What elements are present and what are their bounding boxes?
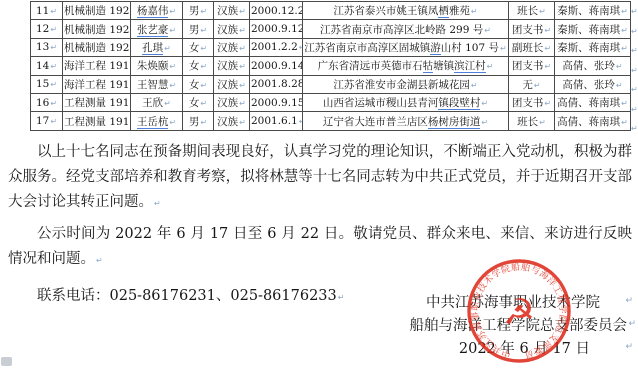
cell-class: 机械制造 192303↵	[63, 38, 131, 56]
row-end-marks: ↵↵↵↵↵↵↵	[631, 2, 638, 139]
cell-end-mark: ↵	[200, 26, 207, 35]
cell-end-mark: ↵	[200, 62, 207, 71]
paragraph-mark: ↵	[96, 256, 103, 265]
signature-org-line1: 中共江苏海事职业技术学院	[426, 291, 600, 312]
announcement-body: 以上十七名同志在预备期间表现良好，认真学习党的理论知识，不断端正入党动机，积极为…	[8, 140, 632, 310]
cell-end-mark: ↵	[200, 44, 207, 53]
cell-class: 工程测量 191301↵	[63, 112, 131, 130]
cell-end-mark: ↵	[200, 118, 207, 127]
row-end-mark: ↵	[631, 100, 638, 120]
cell-row-number: 11↵	[31, 2, 63, 20]
cell-end-mark: ↵	[50, 62, 57, 71]
paragraph-mark: ↵	[338, 293, 345, 302]
cell-birthdate: 2001.2.2↵	[250, 38, 303, 56]
cell-name: 王欣↵	[131, 93, 183, 111]
cell-introducers: 高倩、蒋南琪↵	[555, 93, 631, 111]
paragraph-evaluation-text: 以上十七名同志在预备期间表现良好，认真学习党的理论知识，不断端正入党动机，积极为…	[8, 144, 632, 210]
cell-class: 工程测量 191301↵	[63, 93, 131, 111]
cell-birthdate: 2001.6.1↵	[250, 112, 303, 130]
cell-row-number: 12↵	[31, 20, 63, 38]
proofing-underline: 张艺豪	[137, 24, 169, 37]
cell-end-mark: ↵	[544, 62, 551, 71]
cell-ethnicity: 汉族↵	[214, 20, 250, 38]
cell-end-mark: ↵	[534, 81, 541, 90]
cell-address: 江苏省南京市高淳区北岭路 299 号↵	[303, 20, 509, 38]
cell-name: 孔琪↵	[131, 38, 183, 56]
cell-birthdate: 2000.9.15↵	[250, 93, 303, 111]
cell-end-mark: ↵	[621, 118, 628, 127]
table-row: 17↵工程测量 191301↵王岳杭↵男↵汉族↵2001.6.1↵辽宁省大连市普…	[31, 112, 631, 130]
cell-ethnicity: 汉族↵	[214, 38, 250, 56]
table-row: 15↵海洋工程 191301↵王智慧↵女↵汉族↵2001.8.28↵江苏省淮安市…	[31, 75, 631, 93]
row-end-mark: ↵	[631, 61, 638, 81]
cell-end-mark: ↵	[169, 26, 176, 35]
cell-end-mark: ↵	[169, 81, 176, 90]
cell-birthdate: 2001.8.28↵	[250, 75, 303, 93]
cell-end-mark: ↵	[239, 99, 246, 108]
cell-class: 机械制造 192303↵	[63, 2, 131, 20]
table-row: 11↵机械制造 192303↵杨嘉伟↵男↵汉族↵2000.12.25↵江苏省泰兴…	[31, 2, 631, 20]
table-row: 12↵机械制造 192303↵张艺豪↵男↵汉族↵2000.9.12↵江苏省南京市…	[31, 20, 631, 38]
cell-row-number: 13↵	[31, 38, 63, 56]
paragraph-evaluation: 以上十七名同志在预备期间表现良好，认真学习党的理论知识，不断端正入党动机，积极为…	[8, 140, 632, 217]
proofing-underline: 游	[430, 42, 441, 55]
row-end-mark: ↵	[631, 119, 638, 139]
table-row: 14↵海洋工程 191301↵朱焕颐↵女↵汉族↵2000.9.14↵广东省清远市…	[31, 57, 631, 75]
cell-end-mark: ↵	[299, 117, 303, 126]
paragraph-publicity-period: 公示时间为 2022 年 6 月 17 日至 6 月 22 日。敬请党员、群众来…	[8, 222, 632, 273]
cell-duty: 班长↵	[509, 112, 555, 130]
cell-gender: 男↵	[183, 2, 214, 20]
cell-end-mark: ↵	[50, 99, 57, 108]
cell-duty: 无↵	[509, 75, 555, 93]
cell-class: 机械制造 192303↵	[63, 20, 131, 38]
row-end-mark: ↵	[631, 2, 638, 22]
cell-class: 海洋工程 191301↵	[63, 57, 131, 75]
paragraph-mark: ↵	[628, 319, 636, 329]
cell-ethnicity: 汉族↵	[214, 112, 250, 130]
cell-name: 张艺豪↵	[131, 20, 183, 38]
cell-end-mark: ↵	[539, 118, 546, 127]
signature-date: 2022 年 6 月 17 日	[459, 337, 590, 358]
cell-end-mark: ↵	[621, 26, 628, 35]
row-end-mark: ↵	[631, 41, 638, 61]
proofing-underline: 镇段壁村	[438, 97, 480, 110]
cell-address: 山西省运城市稷山县青河镇段壁村↵	[303, 93, 509, 111]
cell-introducers: 秦斯、蒋南琪↵	[555, 2, 631, 20]
signature-org-line2: 船舶与海洋工程学院总支部委员会	[410, 314, 628, 335]
cell-end-mark: ↵	[539, 7, 546, 16]
cell-end-mark: ↵	[481, 99, 488, 108]
cell-row-number: 14↵	[31, 57, 63, 75]
cell-end-mark: ↵	[239, 26, 246, 35]
cell-ethnicity: 汉族↵	[214, 57, 250, 75]
cell-end-mark: ↵	[616, 81, 623, 90]
cell-class: 海洋工程 191301↵	[63, 75, 131, 93]
proofing-underline: 栖	[438, 5, 449, 18]
cell-address: 江苏省南京市高淳区固城镇游山村 107 号↵	[303, 38, 509, 56]
cell-end-mark: ↵	[239, 118, 246, 127]
cell-end-mark: ↵	[621, 7, 628, 16]
cell-duty: 团支书↵	[509, 20, 555, 38]
cell-row-number: 17↵	[31, 112, 63, 130]
cell-end-mark: ↵	[621, 99, 628, 108]
cell-end-mark: ↵	[50, 7, 57, 16]
cell-end-mark: ↵	[616, 62, 623, 71]
cell-introducers: 高倩、蒋南琪↵	[555, 112, 631, 130]
proofing-underline: 王岳杭	[137, 116, 169, 129]
cell-row-number: 15↵	[31, 75, 63, 93]
cell-ethnicity: 汉族↵	[214, 2, 250, 20]
cell-duty: 班长↵	[509, 2, 555, 20]
cell-address: 广东省清远市英德市石牯塘镇滨江村↵	[303, 57, 509, 75]
cell-end-mark: ↵	[471, 81, 478, 90]
cell-gender: 女↵	[183, 93, 214, 111]
cell-end-mark: ↵	[200, 7, 207, 16]
cell-end-mark: ↵	[164, 99, 171, 108]
paragraph-mark: ↵	[154, 199, 161, 208]
cell-end-mark: ↵	[50, 25, 57, 34]
contact-phone-text: 联系电话：025-86176231、025-86176233	[37, 288, 337, 304]
paragraph-mark: ↵	[625, 342, 633, 352]
cell-gender: 女↵	[183, 38, 214, 56]
row-end-mark: ↵	[631, 80, 638, 100]
cell-row-number: 16↵	[31, 93, 63, 111]
cell-end-mark: ↵	[164, 44, 171, 53]
cell-end-mark: ↵	[471, 7, 478, 16]
cell-birthdate: 2000.9.14↵	[250, 57, 303, 75]
cell-end-mark: ↵	[239, 62, 246, 71]
cell-end-mark: ↵	[50, 43, 57, 52]
proofing-underline: 牯	[423, 60, 434, 73]
cell-ethnicity: 汉族↵	[214, 93, 250, 111]
cell-end-mark: ↵	[50, 117, 57, 126]
cell-introducers: 秦斯、蒋南琪↵	[555, 38, 631, 56]
cell-end-mark: ↵	[621, 44, 628, 53]
table-row: 16↵工程测量 191301↵王欣↵女↵汉族↵2000.9.15↵山西省运城市稷…	[31, 93, 631, 111]
cell-end-mark: ↵	[239, 44, 246, 53]
member-roster-table: 11↵机械制造 192303↵杨嘉伟↵男↵汉族↵2000.12.25↵江苏省泰兴…	[30, 1, 631, 131]
cell-end-mark: ↵	[299, 43, 303, 52]
cell-end-mark: ↵	[239, 7, 246, 16]
cell-end-mark: ↵	[200, 99, 207, 108]
cell-introducers: 秦斯、蒋南琪↵	[555, 20, 631, 38]
cell-end-mark: ↵	[200, 81, 207, 90]
cell-birthdate: 2000.12.25↵	[250, 2, 303, 20]
cell-end-mark: ↵	[544, 44, 551, 53]
cell-ethnicity: 汉族↵	[214, 75, 250, 93]
row-end-mark: ↵	[631, 22, 638, 42]
cell-gender: 男↵	[183, 112, 214, 130]
cell-address: 江苏省泰兴市姚王镇凤栖雅苑↵	[303, 2, 509, 20]
cell-end-mark: ↵	[169, 62, 176, 71]
cell-address: 辽宁省大连市普兰店区杨树房街道↵	[303, 112, 509, 130]
cell-name: 杨嘉伟↵	[131, 2, 183, 20]
paragraph-mark: ↵	[625, 296, 633, 306]
proofing-underline: 孔琪	[142, 42, 163, 55]
cell-end-mark: ↵	[169, 118, 176, 127]
document-page: 11↵机械制造 192303↵杨嘉伟↵男↵汉族↵2000.12.25↵江苏省泰兴…	[0, 0, 638, 368]
cell-end-mark: ↵	[484, 26, 491, 35]
cell-address: 江苏省淮安市金湖县新城花园↵	[303, 75, 509, 93]
cell-gender: 女↵	[183, 75, 214, 93]
table-row: 13↵机械制造 192303↵孔琪↵女↵汉族↵2001.2.2↵江苏省南京市高淳…	[31, 38, 631, 56]
cell-end-mark: ↵	[500, 44, 507, 53]
cell-introducers: 高倩、张玲↵	[555, 57, 631, 75]
cell-end-mark: ↵	[544, 99, 551, 108]
cell-gender: 女↵	[183, 57, 214, 75]
cell-duty: 团支书↵	[509, 93, 555, 111]
cell-end-mark: ↵	[239, 81, 246, 90]
cell-birthdate: 2000.9.12↵	[250, 20, 303, 38]
cell-name: 王智慧↵	[131, 75, 183, 93]
cell-end-mark: ↵	[50, 80, 57, 89]
cell-duty: 团支书↵	[509, 57, 555, 75]
cell-end-mark: ↵	[481, 118, 488, 127]
cell-introducers: 高倩、张玲↵	[555, 75, 631, 93]
proofing-underline: 杨嘉伟	[137, 5, 169, 18]
proofing-underline: 杨树房街道	[428, 116, 481, 129]
cell-name: 朱焕颐↵	[131, 57, 183, 75]
page-corner-artifact	[1, 357, 12, 366]
cell-end-mark: ↵	[544, 26, 551, 35]
cell-duty: 副班长↵	[509, 38, 555, 56]
cell-end-mark: ↵	[487, 62, 494, 71]
proofing-underline: 滨江村	[454, 60, 486, 73]
cell-end-mark: ↵	[169, 7, 176, 16]
cell-gender: 男↵	[183, 20, 214, 38]
cell-name: 王岳杭↵	[131, 112, 183, 130]
